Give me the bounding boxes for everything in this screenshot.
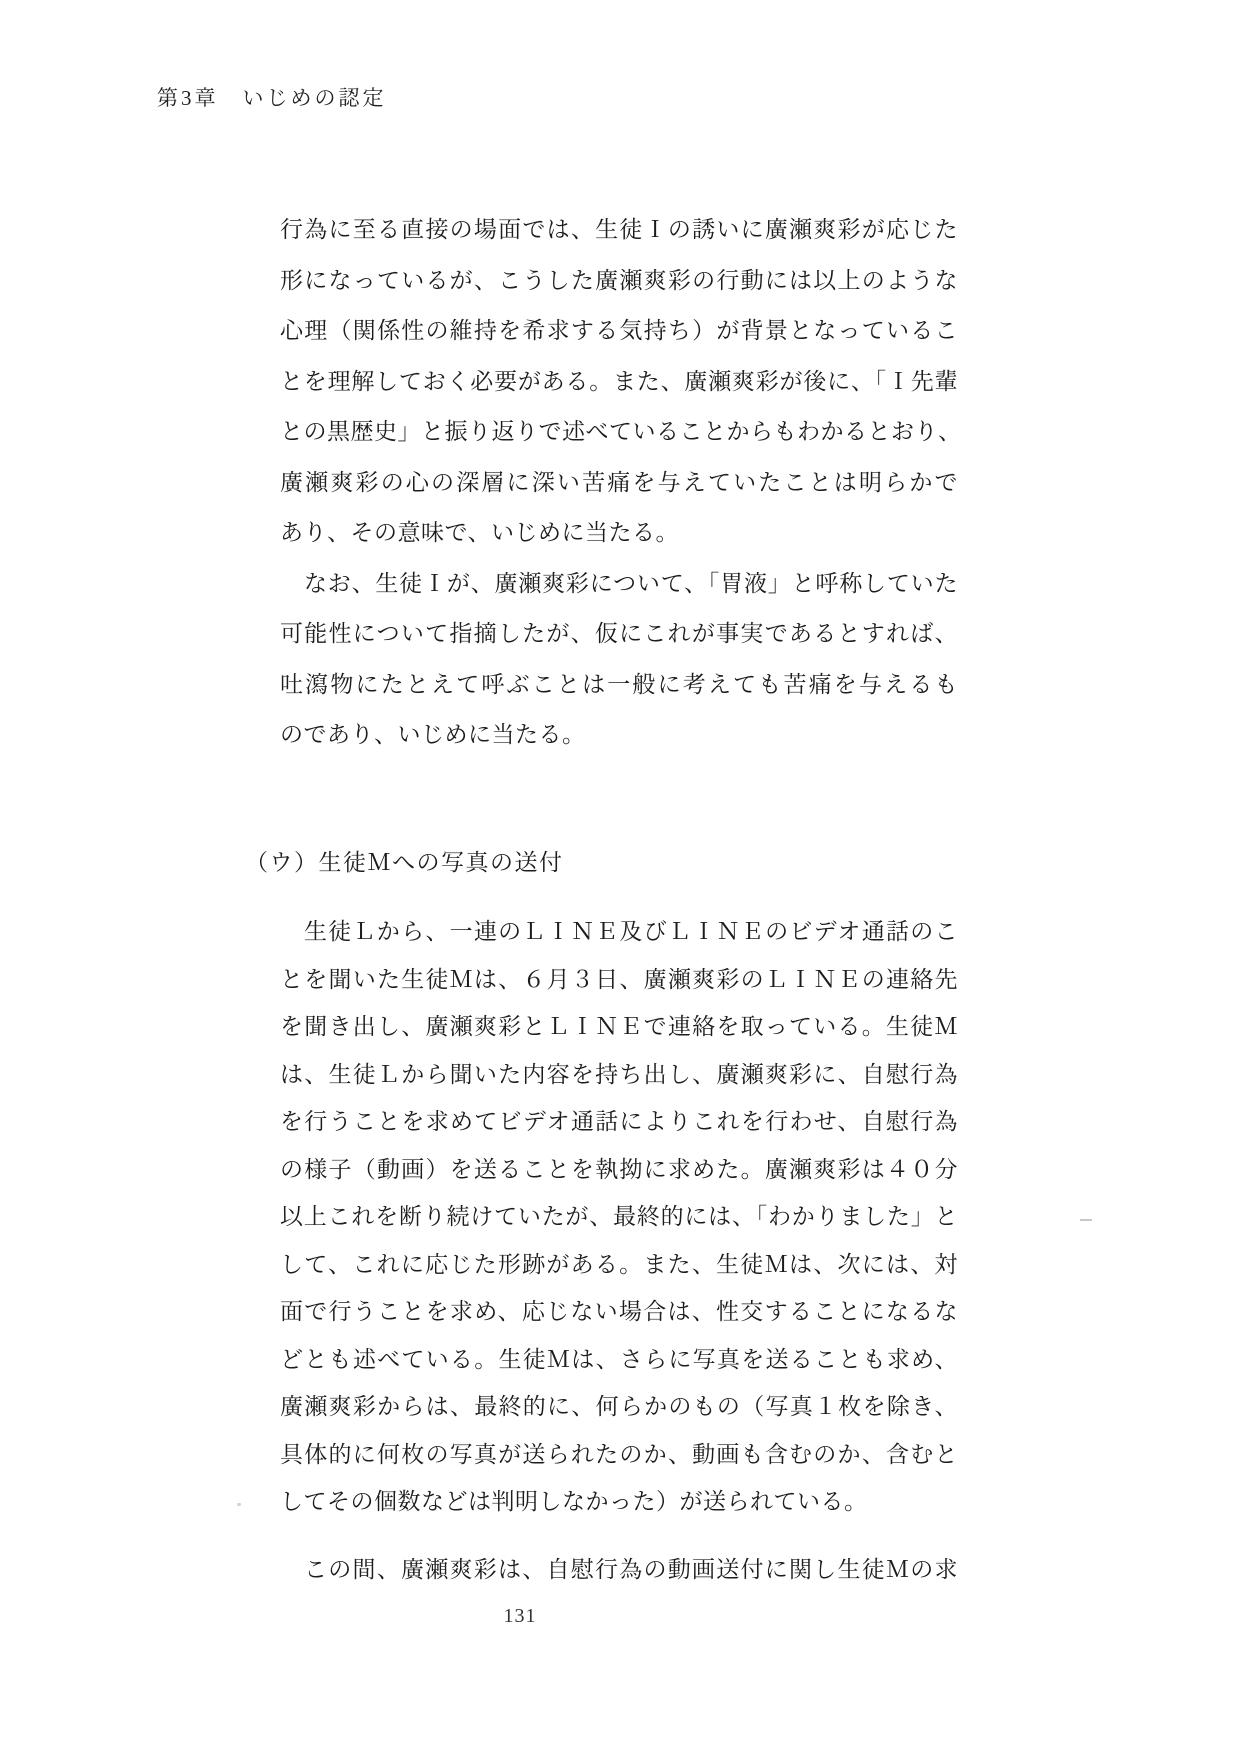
chapter-header: 第3章 いじめの認定: [157, 82, 387, 112]
text-line: は、生徒Ｌから聞いた内容を持ち出し、廣瀬爽彩に、自慰行為: [280, 1051, 958, 1099]
text-line: 形になっているが、こうした廣瀬爽彩の行動には以上のような: [280, 256, 958, 307]
text-line: なお、生徒Ｉが、廣瀬爽彩について、「胃液」と呼称していた: [280, 559, 958, 610]
text-line: 心理（関係性の維持を希求する気持ち）が背景となっているこ: [280, 306, 958, 357]
scan-artifact-dash: [1080, 1219, 1092, 1221]
text-line: 具体的に何枚の写真が送られたのか、動画も含むのか、含むと: [280, 1431, 958, 1479]
section-heading: （ウ）生徒Ｍへの写真の送付: [245, 838, 564, 888]
text-line: 廣瀬爽彩の心の深層に深い苦痛を与えていたことは明らかで: [280, 458, 958, 509]
text-line: 吐瀉物にたとえて呼ぶことは一般に考えても苦痛を与えるも: [280, 660, 958, 711]
text-line: して、これに応じた形跡がある。また、生徒Ｍは、次には、対: [280, 1241, 958, 1289]
text-line: とを理解しておく必要がある。また、廣瀬爽彩が後に、「Ｉ先輩: [280, 357, 958, 408]
text-line: 以上これを断り続けていたが、最終的には、「わかりました」と: [280, 1193, 958, 1241]
text-line: との黒歴史」と振り返りで述べていることからもわかるとおり、: [280, 407, 958, 458]
text-line: 生徒Ｌから、一連のＬＩＮＥ及びＬＩＮＥのビデオ通話のこ: [280, 908, 958, 956]
text-line: してその個数などは判明しなかった）が送られている。: [280, 1478, 958, 1526]
text-line: を聞き出し、廣瀬爽彩とＬＩＮＥで連絡を取っている。生徒Ｍ: [280, 1003, 958, 1051]
text-line: 行為に至る直接の場面では、生徒Ｉの誘いに廣瀬爽彩が応じた: [280, 205, 958, 256]
paragraph-block-1: 行為に至る直接の場面では、生徒Ｉの誘いに廣瀬爽彩が応じた 形になっているが、こう…: [280, 205, 958, 761]
paragraph-block-3: 生徒Ｌから、一連のＬＩＮＥ及びＬＩＮＥのビデオ通話のこ とを聞いた生徒Ｍは、６月…: [280, 908, 958, 1526]
text-line: 廣瀬爽彩からは、最終的に、何らかのもの（写真１枚を除き、: [280, 1383, 958, 1431]
text-line: の様子（動画）を送ることを執拗に求めた。廣瀬爽彩は４０分: [280, 1146, 958, 1194]
text-line: あり、その意味で、いじめに当たる。: [280, 508, 958, 559]
scan-artifact-dot: [237, 1503, 241, 1506]
text-line: とを聞いた生徒Ｍは、６月３日、廣瀬爽彩のＬＩＮＥの連絡先: [280, 956, 958, 1004]
page-number: 131: [460, 1605, 580, 1628]
document-page: 第3章 いじめの認定 行為に至る直接の場面では、生徒Ｉの誘いに廣瀬爽彩が応じた …: [0, 0, 1239, 1754]
text-line: を行うことを求めてビデオ通話によりこれを行わせ、自慰行為: [280, 1098, 958, 1146]
text-line: この間、廣瀬爽彩は、自慰行為の動画送付に関し生徒Ｍの求: [280, 1546, 958, 1594]
text-line: のであり、いじめに当たる。: [280, 710, 958, 761]
text-line: どとも述べている。生徒Ｍは、さらに写真を送ることも求め、: [280, 1336, 958, 1384]
text-line: 可能性について指摘したが、仮にこれが事実であるとすれば、: [280, 609, 958, 660]
text-line: 面で行うことを求め、応じない場合は、性交することになるな: [280, 1288, 958, 1336]
paragraph-block-4: この間、廣瀬爽彩は、自慰行為の動画送付に関し生徒Ｍの求: [280, 1546, 958, 1594]
